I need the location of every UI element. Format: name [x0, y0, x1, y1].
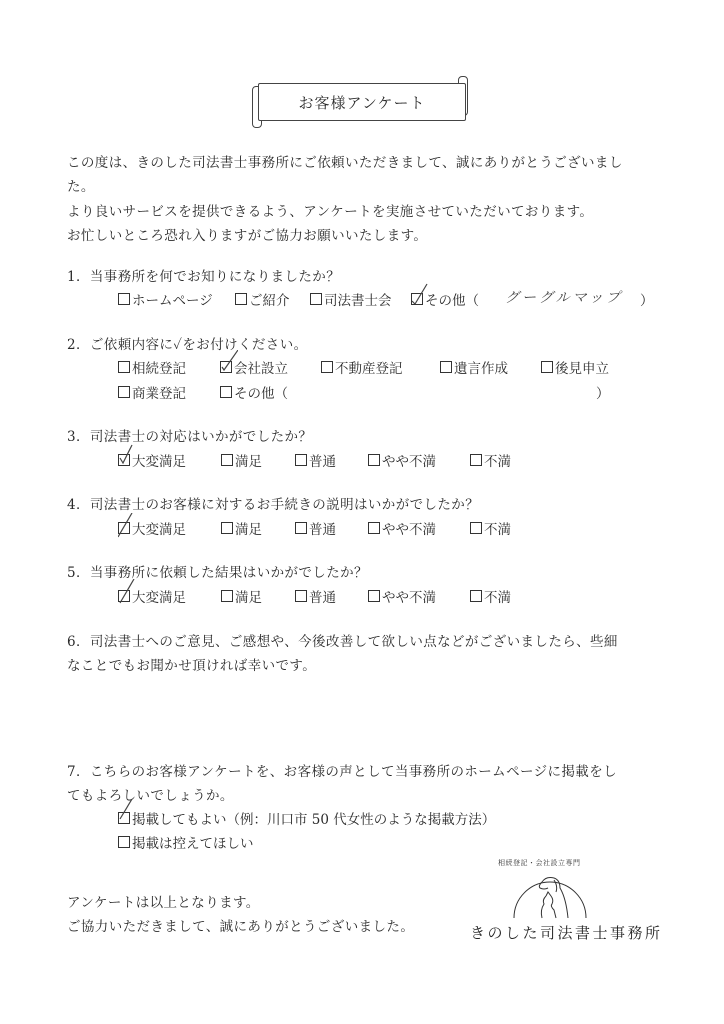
q2-option-commercial[interactable]: 商業登記 [118, 382, 186, 402]
option-label: やや不満 [382, 518, 436, 538]
option-label: 司法書士会 [324, 289, 392, 309]
checkbox-checked[interactable] [411, 293, 423, 305]
question-6-label-line-1: 6．司法書士へのご意見、ご感想や、今後改善して欲しい点などがございましたら、些細 [67, 630, 618, 650]
intro-line-3: より良いサービスを提供できるよう、アンケートを実施させていただいております。 [67, 200, 593, 220]
q2-close-paren: ） [596, 382, 610, 402]
q4-option-very-satisfied[interactable]: 大変満足 [118, 518, 186, 538]
question-3-label: 3．司法書士の対応はいかがでしたか？ [67, 425, 312, 445]
checkbox[interactable] [220, 386, 232, 398]
checkbox[interactable] [368, 522, 380, 534]
checkbox[interactable] [295, 522, 307, 534]
q4-option-neutral[interactable]: 普通 [295, 518, 336, 538]
q7-option-allow[interactable]: 掲載してもよい（例：川口市 50 代女性のような掲載方法） [118, 808, 495, 828]
question-6-label-line-2: なことでもお聞かせ頂ければ幸いです。 [67, 654, 316, 674]
question-7-label-line-1: 7．こちらのお客様アンケートを、お客様の声として当事務所のホームページに掲載をし [67, 760, 617, 780]
q6-answer-area[interactable] [67, 680, 657, 745]
question-2-label: 2．ご依頼内容に✓をお付けください。 [67, 333, 308, 353]
option-label: 大変満足 [132, 518, 186, 538]
q4-option-dissatisfied[interactable]: 不満 [470, 518, 511, 538]
checkbox[interactable] [295, 590, 307, 602]
option-label: 大変満足 [132, 586, 186, 606]
closing-line-2: ご協力いただきまして、誠にありがとうございました。 [67, 915, 414, 935]
option-label: 相続登記 [132, 357, 186, 377]
checkbox-checked[interactable] [118, 590, 130, 602]
option-label: ホームページ [132, 289, 213, 309]
checkbox[interactable] [235, 293, 247, 305]
intro-line-2: た。 [67, 175, 95, 195]
q4-option-somewhat-dissatisfied[interactable]: やや不満 [368, 518, 436, 538]
intro-line-4: お忙しいところ恐れ入りますがご協力お願いいたします。 [67, 224, 427, 244]
q2-option-company-setup[interactable]: 会社設立 [220, 357, 288, 377]
option-label: ご紹介 [249, 289, 290, 309]
option-label: 普通 [309, 586, 336, 606]
question-7-label-line-2: てもよろしいでしょうか。 [67, 784, 234, 804]
question-5-label: 5．当事務所に依頼した結果はいかがでしたか？ [67, 561, 368, 581]
q3-option-satisfied[interactable]: 満足 [221, 450, 262, 470]
option-label: 不満 [484, 586, 511, 606]
q1-close-paren: ） [640, 289, 654, 309]
checkbox-checked[interactable] [118, 522, 130, 534]
option-label: 普通 [309, 518, 336, 538]
logo-office-name: きのした司法書士事務所 [470, 922, 663, 943]
q2-option-other[interactable]: その他（ [220, 382, 288, 402]
q3-option-neutral[interactable]: 普通 [295, 450, 336, 470]
checkbox[interactable] [118, 386, 130, 398]
q1-option-other[interactable]: その他（ [411, 289, 479, 309]
option-label: 遺言作成 [454, 357, 508, 377]
option-label: 掲載は控えてほしい [132, 832, 254, 852]
logo-tagline: 相続登記・会社設立専門 [498, 858, 581, 868]
q4-option-satisfied[interactable]: 満足 [221, 518, 262, 538]
option-label: 不満 [484, 518, 511, 538]
checkbox[interactable] [470, 522, 482, 534]
q1-option-homepage[interactable]: ホームページ [118, 289, 213, 309]
checkbox[interactable] [221, 454, 233, 466]
closing-line-1: アンケートは以上となります。 [67, 891, 260, 911]
checkbox[interactable] [368, 590, 380, 602]
q3-option-somewhat-dissatisfied[interactable]: やや不満 [368, 450, 436, 470]
q1-option-referral[interactable]: ご紹介 [235, 289, 290, 309]
checkbox[interactable] [221, 590, 233, 602]
checkbox[interactable] [440, 361, 452, 373]
option-label: やや不満 [382, 586, 436, 606]
option-label: 満足 [235, 450, 262, 470]
option-label: 後見申立 [555, 357, 609, 377]
option-label: 不満 [484, 450, 511, 470]
option-label: やや不満 [382, 450, 436, 470]
checkbox[interactable] [310, 293, 322, 305]
q2-option-real-estate[interactable]: 不動産登記 [321, 357, 403, 377]
q2-option-guardianship[interactable]: 後見申立 [541, 357, 609, 377]
checkbox[interactable] [470, 454, 482, 466]
checkbox[interactable] [470, 590, 482, 602]
option-label: 会社設立 [234, 357, 288, 377]
q2-option-inheritance[interactable]: 相続登記 [118, 357, 186, 377]
q5-option-dissatisfied[interactable]: 不満 [470, 586, 511, 606]
q5-option-satisfied[interactable]: 満足 [221, 586, 262, 606]
checkbox-checked[interactable] [118, 454, 130, 466]
checkbox-checked[interactable] [118, 812, 130, 824]
q1-option-bar-association[interactable]: 司法書士会 [310, 289, 392, 309]
q1-other-handwritten-answer[interactable]: グーグルマップ [505, 287, 623, 307]
intro-line-1: この度は、きのした司法書士事務所にご依頼いただきまして、誠にありがとうございまし [67, 151, 623, 171]
option-label: その他（ [234, 382, 288, 402]
checkbox[interactable] [295, 454, 307, 466]
q3-option-dissatisfied[interactable]: 不満 [470, 450, 511, 470]
option-label: 大変満足 [132, 450, 186, 470]
option-label: 普通 [309, 450, 336, 470]
question-4-label: 4．司法書士のお客様に対するお手続きの説明はいかがでしたか？ [67, 493, 479, 513]
checkbox-checked[interactable] [220, 361, 232, 373]
checkbox[interactable] [118, 293, 130, 305]
question-1-label: 1．当事務所を何でお知りになりましたか？ [67, 265, 340, 285]
checkbox[interactable] [118, 836, 130, 848]
option-label: 不動産登記 [335, 357, 403, 377]
dog-cat-logo-icon [510, 870, 590, 920]
q5-option-neutral[interactable]: 普通 [295, 586, 336, 606]
q5-option-somewhat-dissatisfied[interactable]: やや不満 [368, 586, 436, 606]
checkbox[interactable] [118, 361, 130, 373]
option-label: 掲載してもよい（例：川口市 50 代女性のような掲載方法） [132, 808, 495, 828]
checkbox[interactable] [221, 522, 233, 534]
checkbox[interactable] [541, 361, 553, 373]
checkbox[interactable] [368, 454, 380, 466]
option-label: 満足 [235, 518, 262, 538]
q2-option-will[interactable]: 遺言作成 [440, 357, 508, 377]
option-label: 商業登記 [132, 382, 186, 402]
page-title: お客様アンケート [259, 92, 465, 113]
q3-option-very-satisfied[interactable]: 大変満足 [118, 450, 186, 470]
option-label: 満足 [235, 586, 262, 606]
title-banner: お客様アンケート [258, 83, 466, 121]
checkbox[interactable] [321, 361, 333, 373]
q5-option-very-satisfied[interactable]: 大変満足 [118, 586, 186, 606]
q7-option-decline[interactable]: 掲載は控えてほしい [118, 832, 254, 852]
option-label: その他（ [425, 289, 479, 309]
